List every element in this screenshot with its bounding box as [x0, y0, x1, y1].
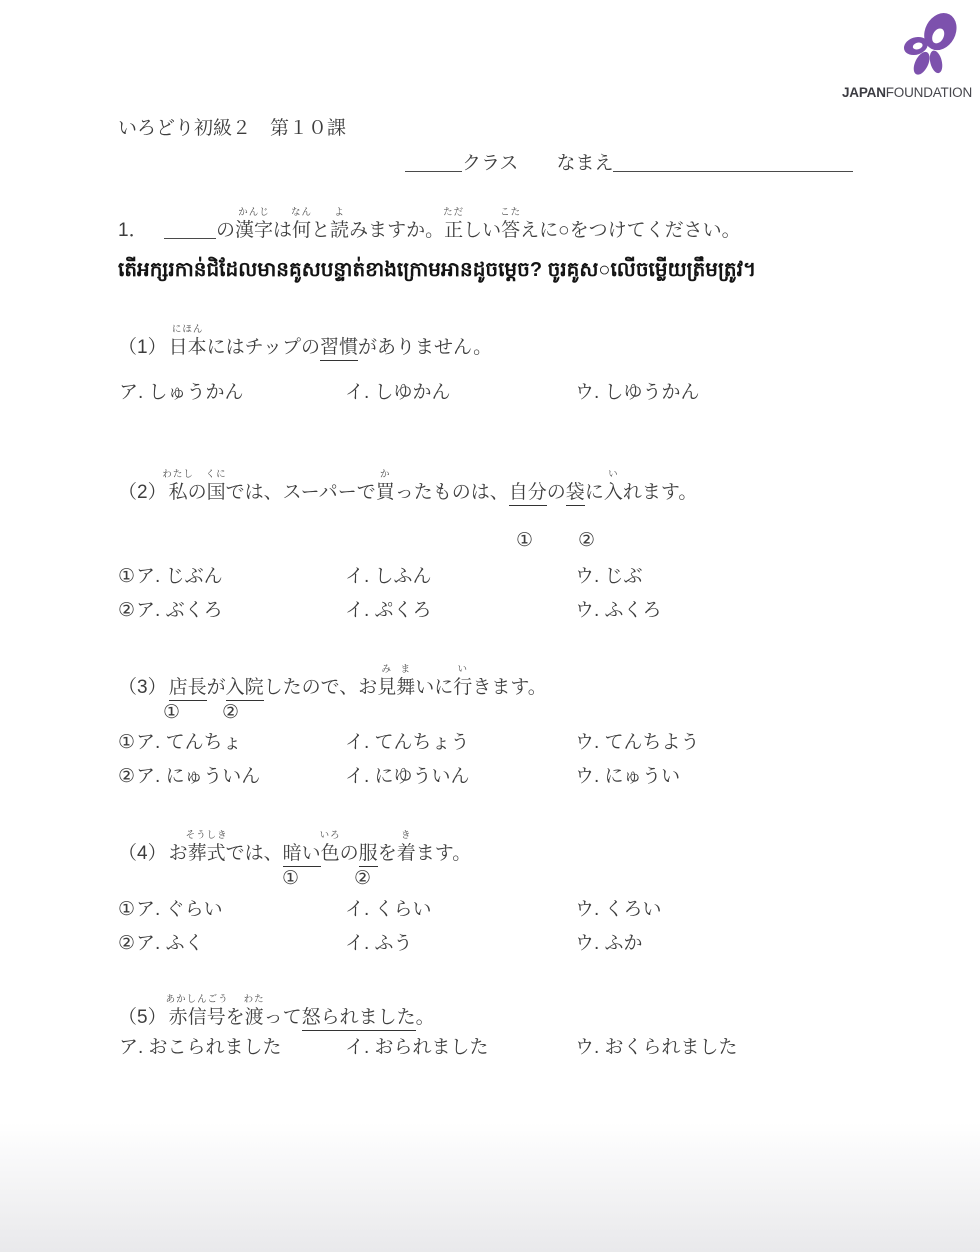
option-u: ウ. ふくろ [575, 599, 662, 623]
blank-line [613, 154, 853, 172]
furigana: ただ [443, 208, 464, 218]
question-5-label: （5） [118, 1007, 167, 1028]
text-run: しい [463, 220, 501, 241]
option-u: ウ. おくられました [575, 1036, 738, 1060]
question-4-underline-markers: ① ② [118, 867, 718, 893]
text-run: れます。 [623, 482, 697, 503]
option-a: ア. にゅういん [136, 766, 260, 787]
option-a: ア. おこられました [119, 1037, 282, 1058]
text-run: 自分 [509, 482, 547, 503]
question-3-text: 店長が入院したので、お見み舞まいに行いきます。 [169, 677, 547, 698]
option-cell: ②ア. ぶくろ [118, 599, 223, 623]
option-i: イ. にゆういん [345, 765, 470, 789]
text-run: お [169, 843, 188, 864]
underlined-word: 袋 [566, 482, 585, 506]
instruction-japanese: 1．の漢字かんじは何なんと読よみますか。正ただしい答こたえに○をつけてください。 [118, 205, 741, 243]
option-cell: ア. しゅうかん [118, 381, 244, 405]
option-a: ア. ぶくろ [136, 600, 223, 621]
question-3-underline-markers: ① ② [118, 701, 718, 727]
furigana: か [380, 470, 391, 480]
question-4-sentence: （4）お葬式そうしきでは、暗い色いろの服を着きます。 [118, 828, 471, 866]
option-u: ウ. にゅうい [575, 765, 680, 789]
kanji-with-furigana: 何なん [292, 219, 311, 243]
furigana: い [458, 665, 469, 675]
text-run: がありません。 [358, 337, 492, 358]
option-a: ア. てんちょ [136, 732, 242, 753]
text-run: の [547, 482, 566, 503]
kanji-with-furigana: 読よ [330, 219, 349, 243]
worksheet-page: JAPANFOUNDATION いろどり初級２ 第１０課 クラス なまえ 1．の… [0, 0, 980, 1252]
question-1-sentence: （1）日本にほんにはチップの習慣がありません。 [118, 322, 492, 360]
text-run: したので、お [264, 677, 378, 698]
text-run: えに○をつけてください。 [520, 220, 740, 241]
text-run: いに [415, 677, 453, 698]
option-row-marker: ② [118, 600, 135, 621]
furigana: いろ [320, 831, 341, 841]
blank-line [405, 154, 462, 172]
text-run [518, 153, 556, 174]
kanji-with-furigana: 買か [376, 481, 395, 505]
text-run: って [264, 1007, 302, 1028]
class-name-line: クラス なまえ [405, 152, 853, 176]
kanji-with-furigana: 私わたし [169, 481, 188, 505]
furigana: わた [244, 995, 265, 1005]
kanji-with-furigana: 漢字かんじ [235, 219, 273, 243]
text-run: は [273, 220, 292, 241]
furigana: い [608, 470, 619, 480]
kanji-with-furigana: 着き [397, 842, 416, 866]
option-i: イ. しふん [345, 565, 432, 589]
question-5-sentence: （5）赤信号あかしんごうを渡わたって怒られました。 [118, 992, 435, 1030]
text-run: では、 [226, 843, 283, 864]
underlined-word: 自分 [509, 482, 547, 506]
question-4-text: お葬式そうしきでは、暗い色いろの服を着きます。 [169, 843, 472, 864]
question-2-options-row-2: ②ア. ぶくろ イ. ぷくろ ウ. ふくろ [118, 599, 898, 627]
option-cell: ①ア. じぶん [118, 565, 223, 589]
underline-marker-2: ② [354, 867, 371, 890]
kanji-with-furigana: 正ただ [444, 219, 463, 243]
question-3-sentence: （3）店長が入院したので、お見み舞まいに行いきます。 [118, 662, 547, 700]
option-row-marker: ② [118, 766, 135, 787]
underline-marker-1: ① [163, 701, 180, 724]
option-i: イ. ふう [345, 932, 413, 956]
instruction-khmer: តើអក្សរកាន់ជិដែលមានគូសបន្ទាត់ខាងក្រោមអាន… [118, 257, 756, 283]
text-run: きます。 [472, 677, 546, 698]
furigana: くに [206, 470, 227, 480]
furigana: ま [401, 665, 412, 675]
furigana: かんじ [238, 208, 270, 218]
question-4-options-row-1: ①ア. ぐらい イ. くらい ウ. くろい [118, 898, 898, 926]
question-2-underline-markers: ① ② [118, 529, 718, 555]
furigana: にほん [172, 325, 204, 335]
option-i: イ. おられました [345, 1036, 489, 1060]
question-2-text: 私わたしの国くにでは、スーパーで買かったものは、自分の袋に入いれます。 [169, 482, 698, 503]
logo-wordmark: JAPANFOUNDATION [840, 85, 974, 100]
text-run: 入院 [226, 677, 264, 698]
furigana: よ [334, 208, 345, 218]
text-run: クラス [462, 153, 518, 174]
option-u: ウ. ふか [575, 932, 643, 956]
kanji-with-furigana: 舞ま [396, 676, 415, 700]
question-5-options-row: ア. おこられました イ. おられました ウ. おくられました [118, 1036, 898, 1064]
text-run: みますか。 [349, 220, 444, 241]
underlined-word: 服 [359, 843, 378, 867]
kanji-with-furigana: 答こた [501, 219, 520, 243]
underline-marker-2: ② [578, 529, 595, 552]
option-cell: ア. おこられました [118, 1036, 282, 1060]
question-1-label: （1） [118, 337, 167, 358]
text-run: 。 [416, 1007, 435, 1028]
kanji-with-furigana: 入い [604, 481, 623, 505]
option-cell: ①ア. ぐらい [118, 898, 223, 922]
text-run: 暗い [283, 843, 321, 864]
option-i: イ. ぷくろ [345, 599, 432, 623]
underline-marker-1: ① [282, 867, 299, 890]
option-i: イ. しゆかん [345, 381, 451, 405]
question-3-label: （3） [118, 677, 167, 698]
option-row-marker: ① [118, 732, 135, 753]
option-cell: ②ア. にゅういん [118, 765, 260, 789]
underline-marker-2: ② [222, 701, 239, 724]
furigana: わたし [162, 470, 194, 480]
text-run: の [188, 482, 207, 503]
kanji-with-furigana: 渡わた [245, 1006, 264, 1030]
text-run: に [585, 482, 604, 503]
option-i: イ. くらい [345, 898, 432, 922]
option-u: ウ. じぶ [575, 565, 643, 589]
question-2-label: （2） [118, 482, 167, 503]
japan-foundation-logo: JAPANFOUNDATION [840, 10, 974, 100]
underlined-word: 店長 [169, 677, 207, 701]
question-5-text: 赤信号あかしんごうを渡わたって怒られました。 [169, 1007, 435, 1028]
instruction-text: の漢字かんじは何なんと読よみますか。正ただしい答こたえに○をつけてください。 [164, 220, 741, 241]
kanji-with-furigana: 国くに [207, 481, 226, 505]
option-a: ア. じぶん [136, 566, 223, 587]
underlined-word: 習慣 [320, 337, 358, 361]
text-run: を [378, 843, 397, 864]
option-i: イ. てんちょう [345, 731, 470, 755]
underlined-word: 入院 [226, 677, 264, 701]
blank-line [164, 221, 216, 239]
kanji-with-furigana: 行い [453, 676, 472, 700]
page-bottom-shade [0, 1122, 980, 1252]
text-run: の [340, 843, 359, 864]
underlined-word: 怒られました [302, 1007, 416, 1031]
text-run: にはチップの [207, 337, 320, 358]
option-cell: ①ア. てんちょ [118, 731, 242, 755]
furigana: き [401, 831, 412, 841]
text-run: 習慣 [320, 337, 358, 358]
option-cell: ②ア. ふく [118, 932, 204, 956]
underline-marker-1: ① [516, 529, 533, 552]
furigana: あかしんごう [166, 995, 229, 1005]
question-1-options-row: ア. しゅうかん イ. しゆかん ウ. しゆうかん [118, 381, 898, 409]
question-2-sentence: （2）私わたしの国くにでは、スーパーで買かったものは、自分の袋に入いれます。 [118, 467, 697, 505]
text-run: が [207, 677, 226, 698]
furigana: み [381, 665, 392, 675]
question-2-options-row-1: ①ア. じぶん イ. しふん ウ. じぶ [118, 565, 898, 593]
option-row-marker: ② [118, 933, 135, 954]
text-run: 店長 [169, 677, 207, 698]
option-u: ウ. くろい [575, 898, 662, 922]
furigana: そうしき [186, 831, 228, 841]
text-run: 服 [359, 843, 378, 864]
question-4-options-row-2: ②ア. ふく イ. ふう ウ. ふか [118, 932, 898, 960]
text-run: ます。 [416, 843, 471, 864]
instruction-number: 1． [118, 219, 164, 243]
kanji-with-furigana: 赤信号あかしんごう [169, 1006, 226, 1030]
logo-word-foundation: FOUNDATION [886, 85, 972, 100]
text-run: の [216, 220, 235, 241]
text-run: と [311, 220, 330, 241]
butterfly-icon [894, 10, 968, 82]
text-run: では、スーパーで [226, 482, 376, 503]
underlined-word: 暗い [283, 843, 321, 867]
option-a: ア. しゅうかん [119, 382, 244, 403]
logo-word-japan: JAPAN [842, 85, 886, 100]
text-run: ったものは、 [395, 482, 509, 503]
text-run: を [226, 1007, 245, 1028]
option-row-marker: ① [118, 899, 135, 920]
kanji-with-furigana: 日本にほん [169, 336, 207, 360]
kanji-with-furigana: 見み [377, 676, 396, 700]
furigana: こた [500, 208, 521, 218]
text-run: 怒られました [302, 1007, 416, 1028]
question-3-options-row-2: ②ア. にゅういん イ. にゆういん ウ. にゅうい [118, 765, 898, 793]
question-4-label: （4） [118, 843, 167, 864]
text-run: 袋 [566, 482, 585, 503]
option-a: ア. ふく [136, 933, 204, 954]
worksheet-title: いろどり初級２ 第１０課 [118, 113, 346, 140]
kanji-with-furigana: 色いろ [321, 842, 340, 866]
option-u: ウ. てんちよう [575, 731, 700, 755]
question-1-text: 日本にほんにはチップの習慣がありません。 [169, 337, 493, 358]
option-a: ア. ぐらい [136, 899, 223, 920]
option-u: ウ. しゆうかん [575, 381, 700, 405]
question-3-options-row-1: ①ア. てんちょ イ. てんちょう ウ. てんちよう [118, 731, 898, 759]
furigana: なん [291, 208, 312, 218]
option-row-marker: ① [118, 566, 135, 587]
kanji-with-furigana: 葬式そうしき [188, 842, 226, 866]
text-run: なまえ [556, 153, 613, 174]
